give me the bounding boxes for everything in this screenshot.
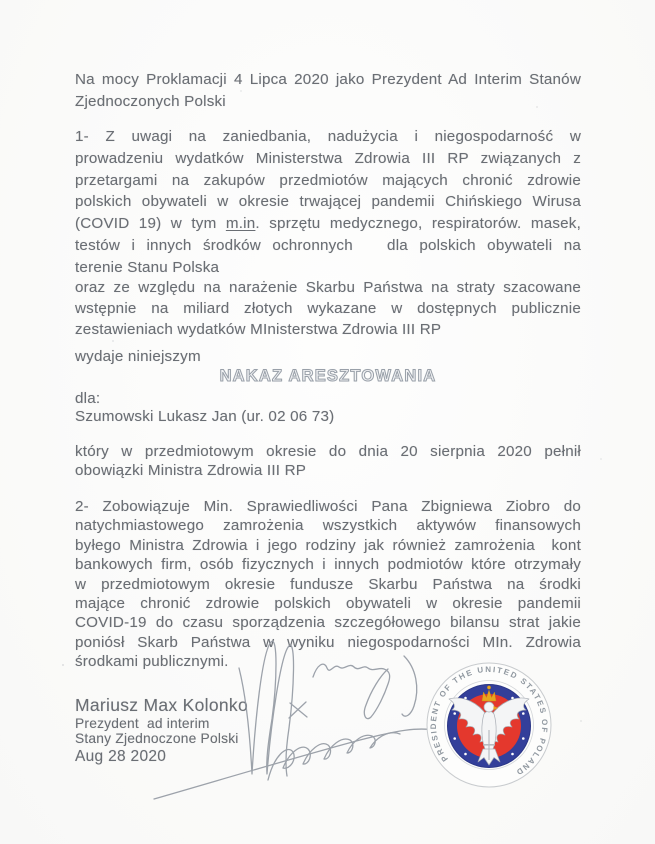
issuance-line: wydaje niniejszym <box>75 346 581 367</box>
scan-speck <box>328 251 330 253</box>
scan-speck <box>536 106 538 108</box>
text-line: (COVID 19) w tym m.in. sprzętu medyczneg… <box>75 213 581 235</box>
text-line: Zjednoczonych Polski <box>75 91 581 113</box>
signature-strokes <box>154 641 462 799</box>
scan-speck <box>600 458 602 460</box>
subject-name: Szumowski Lukasz Jan (ur. 02 06 73) <box>75 406 581 427</box>
text-line: polskich obywateli w okresie trwającej p… <box>75 191 581 213</box>
text-line: przetargami na zakupów przedmiotów mając… <box>75 170 581 192</box>
tenure-paragraph: który w przedmiotowym okresie do dnia 20… <box>75 442 581 481</box>
text-line: 2- Zobowiązuje Min. Sprawiedliwości Pana… <box>75 497 581 516</box>
text-line: wstępnie na miliard złotych wykazane w d… <box>75 298 581 319</box>
text-line: prowadzeniu wydatków Ministerstwa Zdrowi… <box>75 148 581 170</box>
intro-paragraph: Na mocy Proklamacji 4 Lipca 2020 jako Pr… <box>75 69 581 113</box>
underlined-abbreviation: m.in <box>226 215 256 232</box>
text-line: byłego Ministra Zdrowia i jego rodziny j… <box>75 536 581 555</box>
text-line: zestawieniach wydatków MInisterstwa Zdro… <box>75 319 581 340</box>
treasury-paragraph: oraz ze względu na narażenie Skarbu Pańs… <box>75 277 581 340</box>
text-segment: . sprzętu medycznego, respiratorów. mase… <box>255 215 581 232</box>
scan-speck <box>62 664 64 666</box>
text-line: oraz ze względu na narażenie Skarbu Pańs… <box>75 277 581 298</box>
scanned-warrant-document: Na mocy Proklamacji 4 Lipca 2020 jako Pr… <box>0 0 655 844</box>
presidential-seal: PRESIDENT OF THE UNITED STATES OF POLAND <box>424 660 554 790</box>
text-line: testów i innych środków ochronnych dla p… <box>75 235 581 257</box>
text-line: 1- Z uwagi na zaniedbania, nadużycia i n… <box>75 126 581 148</box>
text-line: bankowych firm, osób fizycznych i innych… <box>75 555 581 574</box>
scan-speck <box>580 720 582 722</box>
text-line: terenie Stanu Polska <box>75 257 581 279</box>
warrant-heading: NAKAZ ARESZTOWANIA <box>75 367 581 386</box>
clause-1-paragraph: 1- Z uwagi na zaniedbania, nadużycia i n… <box>75 126 581 279</box>
scan-speck <box>404 560 406 562</box>
scan-speck <box>240 90 242 92</box>
text-line: obowiązki Ministra Zdrowia III RP <box>75 461 581 480</box>
text-segment: (COVID 19) w tym <box>75 215 226 232</box>
text-line: który w przedmiotowym okresie do dnia 20… <box>75 442 581 461</box>
text-line: Na mocy Proklamacji 4 Lipca 2020 jako Pr… <box>75 69 581 91</box>
text-line: w przedmiotowym okresie fundusze Skarbu … <box>75 575 581 594</box>
text-line: natychmiastowego zamrożenia wszystkich a… <box>75 516 581 535</box>
scan-speck <box>112 340 114 342</box>
